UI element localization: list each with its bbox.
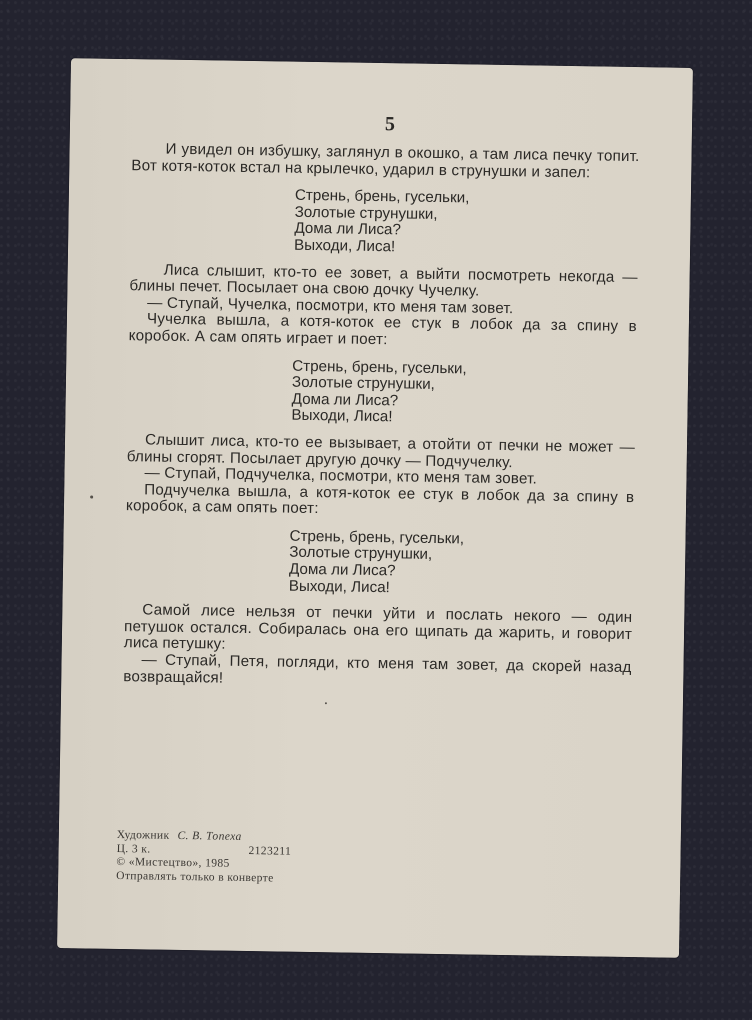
song-verse: Стрень, брень, гусельки, Золотые струнуш… [130,185,639,259]
story-text: 5 И увидел он избушку, заглянул в окошко… [123,109,640,693]
song-verse: Стрень, брень, гусельки, Золотые струнуш… [125,526,634,600]
paragraph: И увидел он избушку, заглянул в окошко, … [131,141,639,182]
paragraph: Чучелка вышла, а котя-коток ее стук в ло… [129,311,637,352]
paper-speck [325,702,327,704]
dialogue-line: — Ступай, Петя, погляди, кто меня там зо… [123,652,631,693]
paragraph: Подчучелка вышла, а котя-коток ее стук в… [126,482,634,523]
artist-name: С. В. Топеха [177,830,241,843]
page-number: 5 [132,109,640,139]
postcard: 5 И увидел он избушку, заглянул в окошко… [57,58,693,958]
paper-speck [90,496,93,499]
print-code: 2123211 [248,845,291,859]
song-verse: Стрень, брень, гусельки, Золотые струнуш… [127,356,636,430]
price: Ц. 3 к. [117,842,151,855]
imprint: ХудожникС. В. Топеха Ц. 3 к.2123211 © «М… [116,829,291,886]
mailing-note: Отправлять только в конверте [116,869,291,885]
artist-label: Художник [117,829,170,842]
